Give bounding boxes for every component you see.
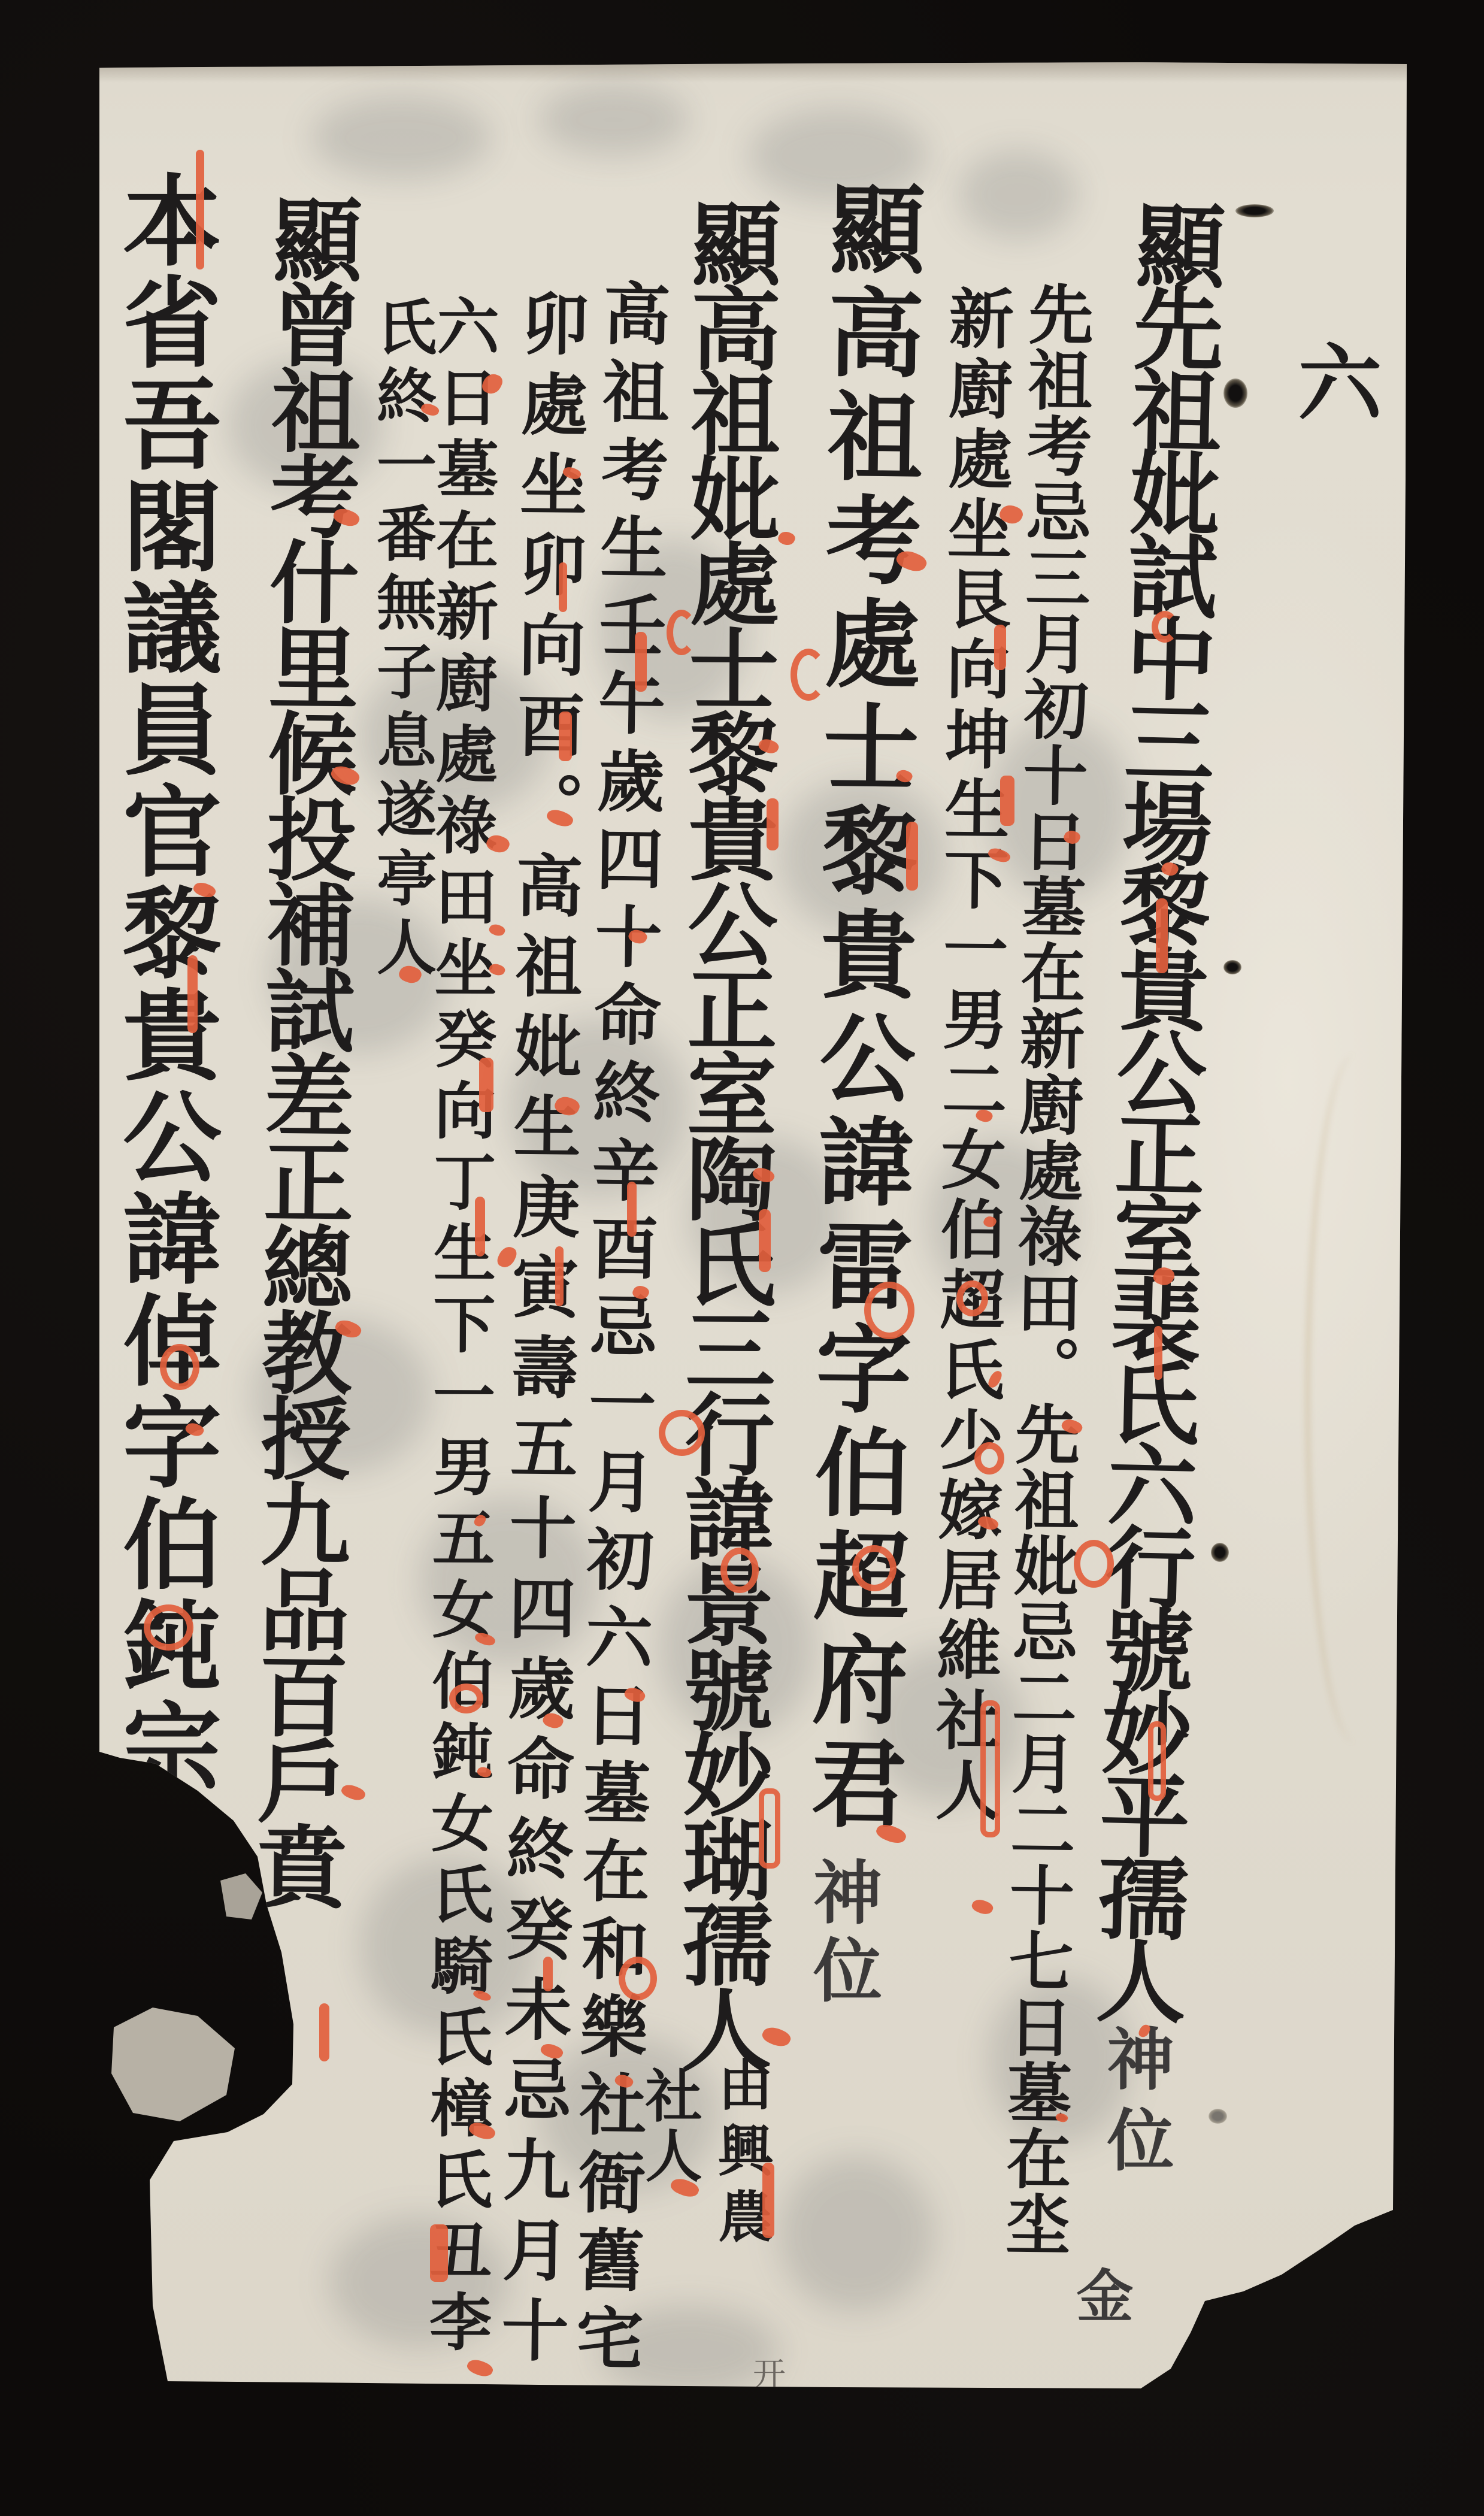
- red-vertical-mark: [479, 1058, 493, 1112]
- red-vertical-mark: [767, 798, 779, 850]
- red-circle-mark: [864, 1282, 914, 1339]
- red-vertical-mark: [627, 1182, 637, 1237]
- red-bracket-mark: [980, 1700, 1000, 1837]
- ink-bleed-smudge: [539, 84, 689, 156]
- red-circle-mark: [852, 1545, 897, 1591]
- red-vertical-mark: [196, 150, 204, 270]
- red-vertical-mark: [994, 625, 1006, 670]
- ink-bleed-smudge: [958, 150, 1078, 240]
- page-number: 六: [1291, 339, 1375, 423]
- red-vertical-mark: [1154, 1326, 1162, 1380]
- origin-note-left: 社人: [641, 2066, 698, 2186]
- paper-hole: [1235, 204, 1274, 217]
- red-vertical-mark: [559, 711, 572, 761]
- red-circle-mark: [956, 1280, 988, 1316]
- red-circle-mark: [659, 1410, 705, 1456]
- origin-note-right: 由興農: [714, 2056, 769, 2254]
- red-vertical-mark: [906, 822, 918, 891]
- red-bracket-mark: [759, 1788, 780, 1869]
- red-vertical-mark: [430, 2224, 448, 2282]
- paper-hole: [1211, 1543, 1229, 1562]
- annotation-column-left: 新廚處坐艮向坤生下一男二女伯超氏少嫁居維社人: [929, 285, 1008, 1827]
- red-vertical-mark: [762, 2163, 774, 2238]
- red-circle-mark: [160, 1344, 199, 1390]
- red-vertical-mark: [1156, 898, 1168, 973]
- red-circle-mark: [974, 1442, 1004, 1475]
- column-great-great-grandfather-title: 顯曾祖考什里候投補試差正總教授九品百戶賁: [249, 193, 355, 1906]
- red-vertical-mark: [635, 632, 647, 692]
- red-circle-mark: [449, 1684, 483, 1713]
- red-vertical-mark: [187, 955, 198, 1033]
- red-punctuation-mark: [970, 1897, 995, 1917]
- red-vertical-mark: [543, 1957, 553, 1991]
- bottom-mark: 开: [750, 2357, 783, 2390]
- red-bracket-mark: [1148, 1721, 1166, 1801]
- red-circle-mark: [720, 1548, 759, 1593]
- paper-hole: [1209, 2109, 1227, 2124]
- column-great-grandfather-title: 顯高祖考處士黎貴公諱雷字伯超府君: [802, 179, 918, 1838]
- red-arc-mark: [791, 649, 826, 701]
- scan-stage: 六 金 开 顯先祖妣試中三場黎貴公正室裴氏六行號妙平孺人 神位 先祖考忌三月初十…: [0, 0, 1484, 2516]
- column-official-title: 本省吾閣議員官黎貴公諱倬字伯鈍宗: [115, 169, 214, 1799]
- red-vertical-mark: [1000, 776, 1014, 826]
- margin-note: 金: [1072, 2266, 1129, 2323]
- red-vertical-mark: [475, 1197, 485, 1257]
- ink-bleed-smudge: [779, 2156, 934, 2312]
- spirit-seat-label: 神位: [1101, 2024, 1168, 2186]
- red-vertical-mark: [759, 1209, 771, 1272]
- red-arc-mark: [1152, 611, 1178, 643]
- red-vertical-mark: [559, 562, 567, 612]
- annotation-column-right: 先祖考忌三月初十日墓在新廚處祿田。先祖妣忌二月二十七日墓在坔: [1000, 280, 1088, 2257]
- ink-bleed-smudge: [311, 96, 491, 180]
- annotation-column: 氏終一番無子息遂亭人: [372, 296, 432, 985]
- column-great-grandmother-title: 顯高祖妣處士黎貴公正室陶氏三行諱景號妙瑚孺人: [674, 198, 774, 2069]
- page-top-edge: [96, 62, 1410, 83]
- red-circle-mark: [1074, 1540, 1114, 1588]
- paper-hole: [1223, 960, 1241, 974]
- paper-hole: [1223, 379, 1247, 408]
- spirit-seat-label: 神位: [807, 1857, 876, 2012]
- annotation-column: 卯處坐卯向酉。高祖妣生庚寅壽五十四歲命終癸未忌九月十: [495, 289, 583, 2376]
- manuscript-page: 六 金 开 顯先祖妣試中三場黎貴公正室裴氏六行號妙平孺人 神位 先祖考忌三月初十…: [0, 0, 1484, 2516]
- red-vertical-mark: [319, 2003, 329, 2061]
- red-circle-mark: [144, 1604, 193, 1651]
- red-circle-mark: [619, 1957, 657, 2000]
- red-vertical-mark: [555, 1246, 564, 1306]
- water-stain: [1306, 1054, 1406, 1743]
- red-arc-mark: [667, 610, 696, 655]
